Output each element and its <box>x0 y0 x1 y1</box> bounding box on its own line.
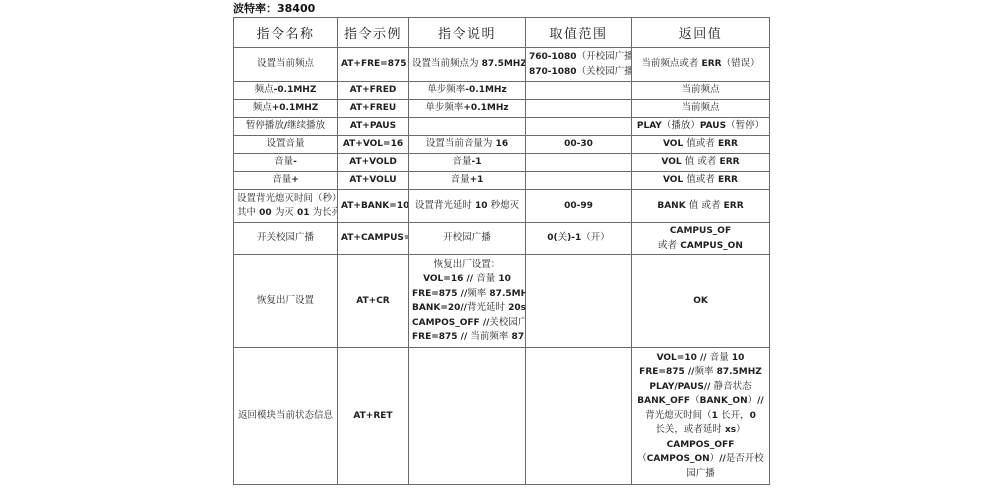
latin-text-run: BANK_OFF <box>637 396 690 406</box>
cjk-text-run: （开校园广播） <box>577 51 632 62</box>
column-header-0: 指令名称 <box>234 18 338 48</box>
cell-line: FRE=875 // 当前频率 875MHZ <box>412 330 522 345</box>
cell-description <box>409 118 526 136</box>
cjk-text-run: 背光熄灭时间（ <box>645 410 712 421</box>
latin-text-run: 870-1080 <box>529 67 577 77</box>
latin-text-run: ERR <box>698 59 721 69</box>
cell-line: AT+VOLD <box>341 155 405 170</box>
cell-line: AT+BANK=10 <box>341 199 405 214</box>
cjk-text-run: 秒熄灭 <box>491 200 520 211</box>
cjk-text-run: 频点 <box>253 102 272 113</box>
cell-line: 长关，或者延时 xs） <box>635 423 766 438</box>
latin-text-run: 10 <box>472 201 491 211</box>
cjk-text-run: 值 <box>685 156 695 167</box>
table-row: 频点+0.1MHZAT+FREU单步频率+0.1MHz当前频点 <box>234 100 770 118</box>
cell-line: 频点-0.1MHZ <box>237 83 334 98</box>
cell-line: 暂停播放/继续播放 <box>237 119 334 134</box>
cjk-text-run: 当前频点或者 <box>641 58 698 69</box>
cell-line: VOL 值或者 ERR <box>635 137 766 152</box>
cell-line: 设置背光熄灭时间（秒）。 <box>237 192 334 207</box>
cell-name: 设置背光熄灭时间（秒）。其中 00 为灭 01 为长亮 <box>234 190 338 223</box>
baud-rate-label: 波特率： <box>233 2 277 15</box>
table-row: 恢复出厂设置AT+CR恢复出厂设置：VOL=16 // 音量 10FRE=875… <box>234 255 770 348</box>
cjk-text-run: 当前频点 <box>681 102 719 113</box>
cjk-text-run: （ <box>690 395 700 406</box>
cell-line: BANK 值 或者 ERR <box>635 199 766 214</box>
cjk-text-run: 当前频点 <box>681 84 719 95</box>
cell-line: 频点+0.1MHZ <box>237 101 334 116</box>
latin-text-run: 16 <box>492 139 508 149</box>
cell-name: 设置音量 <box>234 136 338 154</box>
latin-text-run: AT+FREU <box>350 103 396 113</box>
latin-text-run: ERR <box>715 175 738 185</box>
latin-text-run: +1 <box>470 175 484 185</box>
latin-text-run: 01 <box>294 208 313 218</box>
cell-range: 00-30 <box>526 136 632 154</box>
cell-name: 开关校园广播 <box>234 223 338 255</box>
cjk-text-run: 静音状态 <box>714 381 752 392</box>
cjk-text-run: 音量 <box>274 156 293 167</box>
cell-line: 其中 00 为灭 01 为长亮 <box>237 206 334 221</box>
cjk-text-run: 是否开校 <box>726 453 764 464</box>
cell-line: BANK_OFF（BANK_ON）// <box>635 394 766 409</box>
document-page: 波特率：38400 指令名称指令示例指令说明取值范围返回值 设置当前频点AT+F… <box>0 0 1000 500</box>
cjk-text-run: ） <box>710 453 720 464</box>
baud-rate-value: 38400 <box>277 2 315 15</box>
latin-text-run: ERR <box>716 157 739 167</box>
cell-line: 单步频率-0.1MHz <box>412 83 522 98</box>
cell-example: AT+VOLD <box>338 154 409 172</box>
cell-example: AT+FREU <box>338 100 409 118</box>
cell-example: AT+CAMPUS=1 <box>338 223 409 255</box>
cell-line: 870-1080（关校园广播） <box>529 65 628 80</box>
cell-range: 00-99 <box>526 190 632 223</box>
command-reference-document: 波特率：38400 指令名称指令示例指令说明取值范围返回值 设置当前频点AT+F… <box>233 2 773 485</box>
latin-text-run: 0 <box>750 411 756 421</box>
latin-text-run: +0.1MHZ <box>272 103 319 113</box>
cell-line: （CAMPOS_ON）//是否开校 <box>635 452 766 467</box>
cell-line: 设置当前音量为 16 <box>412 137 522 152</box>
cell-example: AT+PAUS <box>338 118 409 136</box>
latin-text-run: // <box>757 396 764 406</box>
latin-text-run: -0.1MHz <box>465 85 506 95</box>
latin-text-run: AT+CAMPUS=1 <box>341 233 409 243</box>
cell-line: AT+FRE=875 <box>341 57 405 72</box>
cjk-text-run: （暂停） <box>726 120 764 131</box>
latin-text-run: AT+VOLD <box>349 157 397 167</box>
cjk-text-run: ） <box>748 395 758 406</box>
baud-rate-line: 波特率：38400 <box>233 2 773 15</box>
cell-range <box>526 100 632 118</box>
table-row: 设置背光熄灭时间（秒）。其中 00 为灭 01 为长亮AT+BANK=10设置背… <box>234 190 770 223</box>
latin-text-run: 00-30 <box>564 139 593 149</box>
cell-line: 设置当前频点 <box>237 57 334 72</box>
cell-range: 760-1080（开校园广播）870-1080（关校园广播） <box>526 48 632 82</box>
cell-description: 开校园广播 <box>409 223 526 255</box>
latin-text-run: PLAY/PAUS// <box>649 382 713 392</box>
cjk-text-run: 音量 <box>452 156 471 167</box>
cell-range <box>526 154 632 172</box>
cell-line: FRE=875 //频率 87.5MHZ <box>412 287 522 302</box>
cell-returns: 当前频点 <box>632 82 770 100</box>
latin-text-run: BANK=20// <box>412 303 467 313</box>
cjk-text-run: （开） <box>581 232 610 243</box>
latin-text-run: AT+CR <box>356 296 389 306</box>
cell-line: BANK=20//背光延时 20s 熄灭 <box>412 301 522 316</box>
cjk-text-run: 频率 <box>467 288 486 299</box>
latin-text-run: 1 <box>712 411 721 421</box>
cjk-text-run: 长开， <box>721 410 750 421</box>
table-header: 指令名称指令示例指令说明取值范围返回值 <box>234 18 770 48</box>
latin-text-run: AT+RET <box>353 411 392 421</box>
cjk-text-run: 单步频率 <box>427 84 465 95</box>
latin-text-run: AT+FRED <box>350 85 397 95</box>
cjk-text-run: 频率 <box>694 366 713 377</box>
cell-description: 音量+1 <box>409 172 526 190</box>
latin-text-run: AT+PAUS <box>350 121 396 131</box>
latin-text-run: 20s <box>505 303 526 313</box>
latin-text-run: -1 <box>472 157 482 167</box>
table-body: 设置当前频点AT+FRE=875设置当前频点为 87.5MHZ760-1080（… <box>234 48 770 485</box>
cell-returns: VOL 值或者 ERR <box>632 172 770 190</box>
cjk-text-run: （关校园广播） <box>577 66 632 77</box>
table-row: 暂停播放/继续播放AT+PAUSPLAY（播放）PAUS（暂停） <box>234 118 770 136</box>
cell-name: 恢复出厂设置 <box>234 255 338 348</box>
cell-example: AT+RET <box>338 348 409 485</box>
cell-line: 当前频点 <box>635 83 766 98</box>
cell-returns: CAMPUS_OF或者 CAMPUS_ON <box>632 223 770 255</box>
latin-text-run: PLAY <box>637 121 662 131</box>
cell-name: 频点-0.1MHZ <box>234 82 338 100</box>
cjk-text-run: 背光延时 <box>467 302 505 313</box>
cjk-text-run: 开校园广播 <box>443 232 491 243</box>
cell-line: CAMPOS_OFF //关校园广播 <box>412 316 522 331</box>
cell-line: 0(关)-1（开） <box>529 231 628 246</box>
cjk-text-run: 或者 <box>701 200 720 211</box>
latin-text-run: VOL <box>663 139 686 149</box>
latin-text-run: // <box>719 454 726 464</box>
cjk-text-run: 音量 <box>476 273 495 284</box>
cell-line: VOL=10 // 音量 10 <box>635 351 766 366</box>
cjk-text-run: 设置背光熄灭时间（秒）。 <box>237 193 338 204</box>
table-row: 返回模块当前状态信息AT+RETVOL=10 // 音量 10FRE=875 /… <box>234 348 770 485</box>
cell-range <box>526 255 632 348</box>
cell-returns: VOL 值或者 ERR <box>632 136 770 154</box>
cjk-text-run: 返回模块当前状态信息 <box>238 410 333 421</box>
cell-example: AT+FRE=875 <box>338 48 409 82</box>
cell-example: AT+VOLU <box>338 172 409 190</box>
latin-text-run: 87.5MHZ <box>479 59 526 69</box>
cell-description: 单步频率+0.1MHz <box>409 100 526 118</box>
cell-line: AT+PAUS <box>341 119 405 134</box>
cjk-text-run: 为灭 <box>275 207 294 218</box>
cjk-text-run: 音量 <box>451 174 470 185</box>
cell-returns: 当前频点 <box>632 100 770 118</box>
cell-name: 频点+0.1MHZ <box>234 100 338 118</box>
latin-text-run: BANK <box>657 201 688 211</box>
cjk-text-run: 设置背光延时 <box>415 200 472 211</box>
latin-text-run: xs <box>722 425 736 435</box>
cell-name: 音量+ <box>234 172 338 190</box>
cell-description: 设置背光延时 10 秒熄灭 <box>409 190 526 223</box>
cell-line: 背光熄灭时间（1 长开，0 <box>635 409 766 424</box>
cell-range <box>526 118 632 136</box>
latin-text-run: 10 <box>729 353 745 363</box>
cjk-text-run: 频点 <box>255 84 274 95</box>
cjk-text-run: 开关校园广播 <box>257 232 314 243</box>
latin-text-run: - <box>293 157 297 167</box>
latin-text-run: VOL <box>663 175 686 185</box>
cjk-text-run: 值或者 <box>686 174 715 185</box>
cell-example: AT+CR <box>338 255 409 348</box>
cell-line: VOL 值 或者 ERR <box>635 155 766 170</box>
column-header-1: 指令示例 <box>338 18 409 48</box>
cell-range <box>526 172 632 190</box>
table-header-row: 指令名称指令示例指令说明取值范围返回值 <box>234 18 770 48</box>
cell-range <box>526 348 632 485</box>
latin-text-run: 0( <box>547 233 557 243</box>
cell-description: 音量-1 <box>409 154 526 172</box>
latin-text-run: FRE=875 // <box>639 367 694 377</box>
latin-text-run: FRE=875 // <box>412 289 467 299</box>
cell-line: 设置音量 <box>237 137 334 152</box>
cell-returns: VOL=10 // 音量 10FRE=875 //频率 87.5MHZPLAY/… <box>632 348 770 485</box>
latin-text-run: ERR <box>720 201 743 211</box>
cell-line: CAMPOS_OFF <box>635 438 766 453</box>
table-row: 音量-AT+VOLD音量-1VOL 值 或者 ERR <box>234 154 770 172</box>
cell-line: 恢复出厂设置： <box>412 258 522 273</box>
cjk-text-run: 设置音量 <box>266 138 304 149</box>
cjk-text-run: 关 <box>558 232 568 243</box>
cell-line: PLAY（播放）PAUS（暂停） <box>635 119 766 134</box>
cjk-text-run: 单步频率 <box>425 102 463 113</box>
cjk-text-run: 暂停播放 <box>246 120 284 131</box>
latin-text-run: )-1 <box>567 233 581 243</box>
cell-range <box>526 82 632 100</box>
latin-text-run: CAMPOS_ON <box>647 454 710 464</box>
table-row: 开关校园广播AT+CAMPUS=1开校园广播0(关)-1（开）CAMPUS_OF… <box>234 223 770 255</box>
cell-line: 760-1080（开校园广播） <box>529 50 628 65</box>
cjk-text-run: 值 <box>689 200 699 211</box>
latin-text-run: 87.5MHZ <box>486 289 525 299</box>
cell-line: 或者 CAMPUS_ON <box>635 239 766 254</box>
cell-name: 设置当前频点 <box>234 48 338 82</box>
cjk-text-run: 设置当前频点 <box>257 58 314 69</box>
cell-description: 设置当前音量为 16 <box>409 136 526 154</box>
latin-text-run: +0.1MHz <box>463 103 508 113</box>
latin-text-run: -0.1MHZ <box>274 85 317 95</box>
cell-example: AT+VOL=16 <box>338 136 409 154</box>
latin-text-run: PAUS <box>700 121 726 131</box>
latin-text-run: CAMPOS_OFF <box>667 440 735 450</box>
cell-line: 音量+1 <box>412 173 522 188</box>
latin-text-run: AT+FRE=875 <box>341 59 407 69</box>
cjk-text-run: （播放） <box>662 120 700 131</box>
cell-returns: OK <box>632 255 770 348</box>
cjk-text-run: （ <box>637 453 647 464</box>
cell-line: AT+FREU <box>341 101 405 116</box>
latin-text-run: AT+VOL=16 <box>343 139 403 149</box>
table-row: 设置当前频点AT+FRE=875设置当前频点为 87.5MHZ760-1080（… <box>234 48 770 82</box>
cell-line: VOL 值或者 ERR <box>635 173 766 188</box>
cjk-text-run: 其中 <box>237 207 256 218</box>
cell-line: 恢复出厂设置 <box>237 294 334 309</box>
cell-returns: PLAY（播放）PAUS（暂停） <box>632 118 770 136</box>
cell-line: OK <box>635 294 766 309</box>
cell-line: 音量-1 <box>412 155 522 170</box>
latin-text-run: CAMPUS_ON <box>677 241 743 251</box>
cell-line: 单步频率+0.1MHz <box>412 101 522 116</box>
cell-line: AT+FRED <box>341 83 405 98</box>
cell-line: CAMPUS_OF <box>635 224 766 239</box>
latin-text-run: 87.5MHZ <box>713 367 761 377</box>
cjk-text-run: 园广播 <box>686 468 715 479</box>
latin-text-run: 10 <box>495 274 511 284</box>
latin-text-run: ERR <box>715 139 738 149</box>
latin-text-run: + <box>291 175 299 185</box>
cell-line: 设置当前频点为 87.5MHZ <box>412 57 522 72</box>
latin-text-run: OK <box>693 296 708 306</box>
cell-example: AT+BANK=10 <box>338 190 409 223</box>
cell-line: 开关校园广播 <box>237 231 334 246</box>
table-row: 音量+AT+VOLU音量+1VOL 值或者 ERR <box>234 172 770 190</box>
cjk-text-run: 恢复出厂设置 <box>257 295 314 306</box>
table-row: 设置音量AT+VOL=16设置当前音量为 1600-30VOL 值或者 ERR <box>234 136 770 154</box>
latin-text-run: VOL=10 // <box>657 353 710 363</box>
latin-text-run: 00-99 <box>564 201 593 211</box>
cjk-text-run: 关校园广播 <box>489 317 525 328</box>
cjk-text-run: （错误） <box>722 58 760 69</box>
cell-description: 单步频率-0.1MHz <box>409 82 526 100</box>
cell-line: 开校园广播 <box>412 231 522 246</box>
cell-line: AT+CR <box>341 294 405 309</box>
cell-name: 音量- <box>234 154 338 172</box>
latin-text-run: VOL=16 // <box>423 274 476 284</box>
cell-line: 当前频点 <box>635 101 766 116</box>
latin-text-run: AT+BANK=10 <box>341 201 409 211</box>
cell-description: 恢复出厂设置：VOL=16 // 音量 10FRE=875 //频率 87.5M… <box>409 255 526 348</box>
column-header-2: 指令说明 <box>409 18 526 48</box>
cell-line: AT+VOLU <box>341 173 405 188</box>
cjk-text-run: ） <box>736 424 746 435</box>
latin-text-run: 00 <box>256 208 275 218</box>
cell-line: 00-30 <box>529 137 628 152</box>
cell-line: 园广播 <box>635 467 766 482</box>
cell-line: AT+RET <box>341 409 405 424</box>
at-command-table: 指令名称指令示例指令说明取值范围返回值 设置当前频点AT+FRE=875设置当前… <box>233 17 770 485</box>
cjk-text-run: 值或者 <box>686 138 715 149</box>
cjk-text-run: 设置当前音量为 <box>426 138 493 149</box>
cell-description: 设置当前频点为 87.5MHZ <box>409 48 526 82</box>
cell-line: VOL=16 // 音量 10 <box>412 272 522 287</box>
latin-text-run: CAMPUS_OF <box>670 226 731 236</box>
cell-line: 00-99 <box>529 199 628 214</box>
cell-line: PLAY/PAUS// 静音状态 <box>635 380 766 395</box>
cell-returns: BANK 值 或者 ERR <box>632 190 770 223</box>
cell-line: 当前频点或者 ERR（错误） <box>635 57 766 72</box>
cell-line: FRE=875 //频率 87.5MHZ <box>635 365 766 380</box>
cell-line: 音量- <box>237 155 334 170</box>
table-row: 频点-0.1MHZAT+FRED单步频率-0.1MHz当前频点 <box>234 82 770 100</box>
latin-text-run: BANK_ON <box>700 396 748 406</box>
cell-name: 暂停播放/继续播放 <box>234 118 338 136</box>
cell-returns: 当前频点或者 ERR（错误） <box>632 48 770 82</box>
cjk-text-run: 设置当前频点为 <box>412 58 479 69</box>
cjk-text-run: 当前频率 <box>470 331 508 342</box>
cell-line: 返回模块当前状态信息 <box>237 409 334 424</box>
latin-text-run: AT+VOLU <box>349 175 396 185</box>
cell-example: AT+FRED <box>338 82 409 100</box>
cjk-text-run: 继续播放 <box>287 120 325 131</box>
latin-text-run: CAMPOS_OFF // <box>412 318 489 328</box>
cjk-text-run: 恢复出厂设置： <box>434 259 501 270</box>
latin-text-run: VOL <box>661 157 684 167</box>
cjk-text-run: 为长亮 <box>313 207 338 218</box>
column-header-3: 取值范围 <box>526 18 632 48</box>
column-header-4: 返回值 <box>632 18 770 48</box>
cjk-text-run: 长关，或者延时 <box>655 424 722 435</box>
cell-returns: VOL 值 或者 ERR <box>632 154 770 172</box>
cell-line: AT+VOL=16 <box>341 137 405 152</box>
latin-text-run: 760-1080 <box>529 52 577 62</box>
cjk-text-run: 或者 <box>697 156 716 167</box>
cell-description <box>409 348 526 485</box>
cjk-text-run: 或者 <box>658 240 677 251</box>
cjk-text-run: 音量 <box>710 352 729 363</box>
cell-line: 音量+ <box>237 173 334 188</box>
latin-text-run: 875MHZ <box>508 332 525 342</box>
cell-line: 设置背光延时 10 秒熄灭 <box>412 199 522 214</box>
cell-range: 0(关)-1（开） <box>526 223 632 255</box>
cjk-text-run: 音量 <box>272 174 291 185</box>
latin-text-run: FRE=875 // <box>412 332 470 342</box>
cell-name: 返回模块当前状态信息 <box>234 348 338 485</box>
cell-line: AT+CAMPUS=1 <box>341 231 405 246</box>
